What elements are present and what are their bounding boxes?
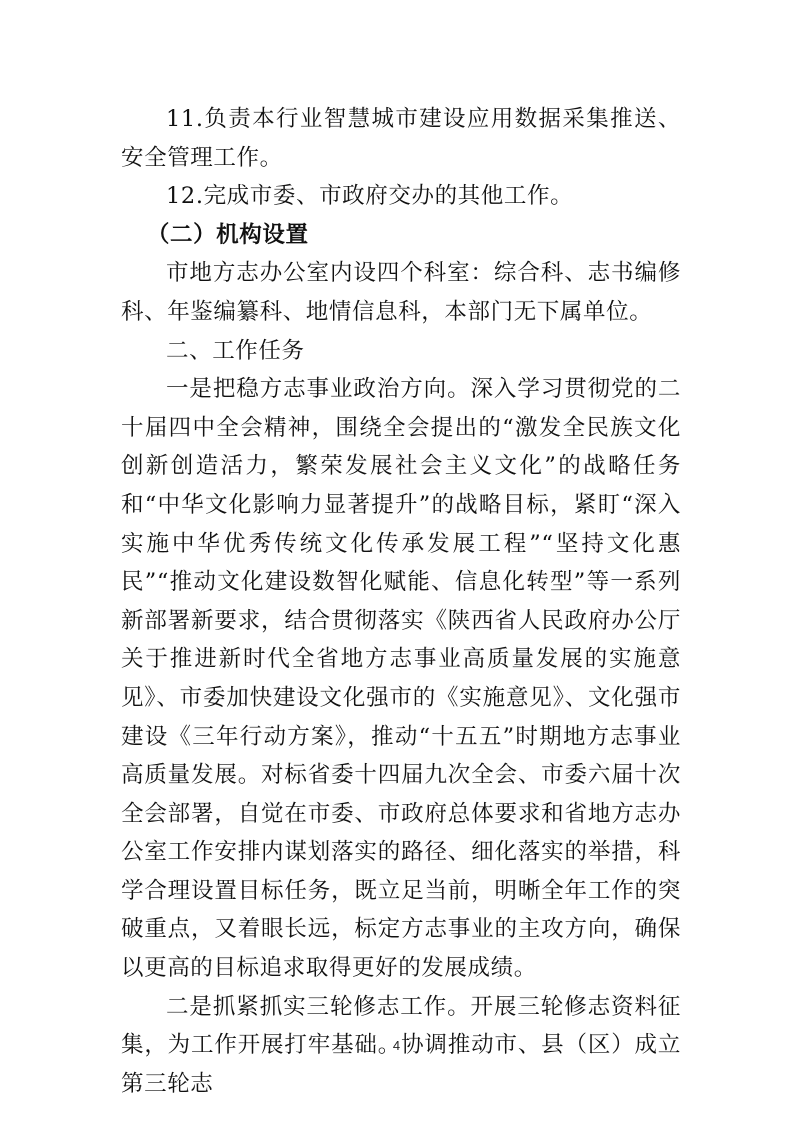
document-body: 11.负责本行业智慧城市建设应用数据采集推送、安全管理工作。 12.完成市委、市… [121, 100, 681, 1103]
section-heading-org-structure: （二）机构设置 [121, 216, 681, 255]
paragraph-item-11: 11.负责本行业智慧城市建设应用数据采集推送、安全管理工作。 [121, 100, 681, 177]
section-heading-work-tasks: 二、工作任务 [121, 332, 681, 371]
page-number: 4 [0, 1038, 793, 1053]
paragraph-task-one: 一是把稳方志事业政治方向。深入学习贯彻党的二十届四中全会精神，围绕全会提出的“激… [121, 370, 681, 988]
paragraph-org-structure: 市地方志办公室内设四个科室：综合科、志书编修科、年鉴编纂科、地情信息科，本部门无… [121, 254, 681, 331]
paragraph-item-12: 12.完成市委、市政府交办的其他工作。 [121, 177, 681, 216]
document-page: 11.负责本行业智慧城市建设应用数据采集推送、安全管理工作。 12.完成市委、市… [0, 0, 793, 1122]
